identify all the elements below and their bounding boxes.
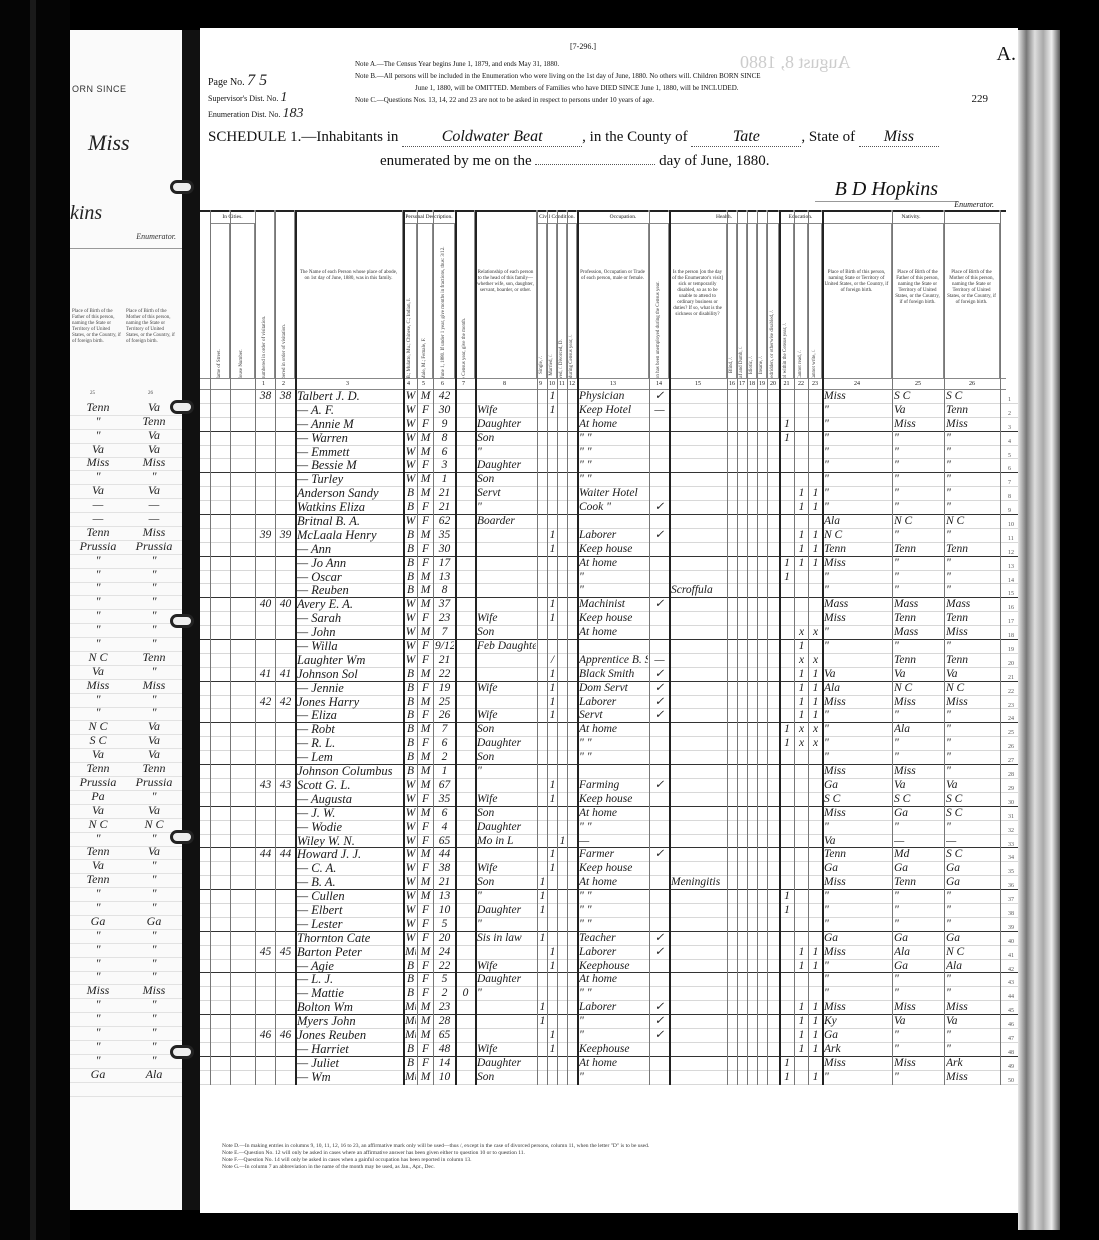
cell-write: 1	[810, 501, 821, 514]
father-birthplace: "	[70, 886, 126, 901]
cell-name: — John	[297, 626, 402, 639]
cell-birth: Va	[824, 668, 891, 681]
census-row: Britnal B. A.WF62BoarderAlaN CN C10	[200, 515, 1018, 529]
column-group-personal-description: Personal Description.	[403, 212, 455, 224]
cell-relation: Servt	[477, 487, 536, 500]
census-row: — Annie MWF9DaughterAt home1"MissMiss3	[200, 418, 1018, 432]
cell-school: 1	[781, 890, 793, 903]
cell-color: W	[405, 876, 416, 889]
cell-read: 1	[796, 709, 807, 722]
census-row: — AgieBF22Wife1Keephouse11"GaAla42	[200, 960, 1018, 974]
cell-age: 22	[435, 960, 454, 973]
column-header-12: Married during Census year, /.	[567, 210, 577, 378]
enumerator-signature: B D Hopkins	[815, 178, 958, 202]
cell-read: x	[796, 654, 807, 667]
column-header-18: Idiotic, /.	[747, 210, 757, 378]
cell-write: x	[810, 723, 821, 736]
mother-birthplace: Va	[126, 747, 182, 762]
cell-unemployed: ✓	[651, 598, 668, 611]
cell-father: Miss	[894, 765, 943, 778]
cell-birth: "	[824, 709, 891, 722]
cell-mother: Tenn	[946, 404, 999, 417]
census-row: — Jo AnnBF17At home111Miss""13	[200, 557, 1018, 571]
cell-month: 0	[457, 987, 474, 1000]
cell-occupation: At home	[579, 626, 648, 639]
cell-birth: "	[824, 432, 891, 445]
mother-birthplace: Va	[126, 428, 182, 443]
cell-age: 10	[435, 904, 454, 917]
column-number: 21	[784, 381, 790, 387]
cell-dwelling: 45	[257, 946, 274, 959]
cell-age: 13	[435, 890, 454, 903]
cell-birth: "	[824, 501, 891, 514]
census-row: 4141Johnson SolBM221Black Smith✓11VaVaVa…	[200, 668, 1018, 682]
cell-relation: "	[477, 918, 536, 931]
cell-birth: Ala	[824, 515, 891, 528]
cell-birth: "	[824, 904, 891, 917]
page-header: [7-296.] August 8, 1880 A. Page No. 7 5 …	[200, 28, 1018, 208]
cell-married: 1	[549, 598, 556, 611]
cell-father: Va	[894, 779, 943, 792]
cell-color: W	[405, 459, 416, 472]
census-row: — WmMuM10Son"11""Miss50	[200, 1071, 1018, 1085]
cell-color: W	[405, 446, 416, 459]
cell-color: Mu	[405, 1071, 416, 1084]
cell-occupation: " "	[579, 890, 648, 903]
cell-read: 1	[796, 960, 807, 973]
census-row: — MattieBF20"" """"44	[200, 987, 1018, 1001]
mother-birthplace: Prussia	[126, 539, 182, 554]
cell-relation: Son	[477, 1071, 536, 1084]
cell-name: McLaala Henry	[297, 529, 402, 542]
cell-married: 1	[549, 862, 556, 875]
father-birthplace: Prussia	[70, 775, 126, 790]
cell-father: Ga	[894, 807, 943, 820]
cell-relation: Son	[477, 723, 536, 736]
census-row: Myers JohnMuM281"✓11KyVaVa46	[200, 1015, 1018, 1029]
mother-birthplace: Tenn	[126, 761, 182, 776]
cell-sex: F	[419, 709, 432, 722]
cell-sex: M	[419, 584, 432, 597]
father-birthplace: "	[70, 594, 126, 609]
cell-read: 1	[796, 1001, 807, 1014]
column-header-16: Blind, /.	[727, 210, 737, 378]
cell-birth: Ky	[824, 1015, 891, 1028]
cell-birth: "	[824, 751, 891, 764]
cell-birth: "	[824, 446, 891, 459]
cell-birth: Tenn	[824, 543, 891, 556]
cell-married: 1	[549, 404, 556, 417]
father-birthplace: "	[70, 1053, 126, 1068]
cell-birth: N C	[824, 529, 891, 542]
cell-name: — Wodie	[297, 821, 402, 834]
cell-write: 1	[810, 487, 821, 500]
cell-occupation: " "	[579, 459, 648, 472]
cell-sex: M	[419, 487, 432, 500]
mother-birthplace: Prussia	[126, 775, 182, 790]
father-birthplace: "	[70, 580, 126, 595]
cell-name: — Warren	[297, 432, 402, 445]
father-birthplace: Tenn	[70, 761, 126, 776]
cell-birth: Mass	[824, 598, 891, 611]
census-row: — WillaWF9/12Feb Daughter1"""19	[200, 640, 1018, 654]
cell-color: W	[405, 793, 416, 806]
cell-age: 21	[435, 487, 454, 500]
cell-color: B	[405, 584, 416, 597]
cell-mother: "	[946, 432, 999, 445]
cell-color: Mu	[405, 946, 416, 959]
cell-sex: M	[419, 696, 432, 709]
cell-unemployed: ✓	[651, 946, 668, 959]
mother-birthplace: "	[126, 692, 182, 707]
note-a: Note A.—The Census Year begins June 1, 1…	[355, 58, 761, 70]
mother-birthplace: Va	[126, 719, 182, 734]
cell-father: Mass	[894, 598, 943, 611]
cell-age: 6	[435, 446, 454, 459]
census-row: Thornton CateWF20Sis in law1Teacher✓GaGa…	[200, 932, 1018, 946]
cell-sex: M	[419, 668, 432, 681]
cell-sex: M	[419, 1029, 432, 1042]
census-row: — ReubenBM8"Scroffula"""15	[200, 584, 1018, 598]
cell-unemployed: ✓	[651, 501, 668, 514]
cell-relation: "	[477, 765, 536, 778]
cell-occupation: Teacher	[579, 932, 648, 945]
cell-occupation: " "	[579, 821, 648, 834]
census-row: — OscarBM13"1"""14	[200, 571, 1018, 585]
cell-read: 1	[796, 487, 807, 500]
cell-mother: "	[946, 557, 999, 570]
cell-school: 1	[781, 432, 793, 445]
mother-birthplace: —	[126, 511, 182, 526]
cell-single: 1	[539, 876, 546, 889]
cell-mother: "	[946, 723, 999, 736]
father-birthplace: "	[70, 997, 126, 1012]
cell-occupation: At home	[579, 418, 648, 431]
cell-color: B	[405, 987, 416, 1000]
column-number: 10	[549, 381, 555, 387]
cell-birth: Ark	[824, 1043, 891, 1056]
cell-dwelling: 46	[257, 1029, 274, 1042]
cell-relation: Wife	[477, 960, 536, 973]
cell-age: 30	[435, 543, 454, 556]
census-row: — B. A.WM21Son1At homeMeningitisMissTenn…	[200, 876, 1018, 890]
cell-age: 26	[435, 709, 454, 722]
mother-birthplace: "	[126, 872, 182, 887]
cell-mother: Ark	[946, 1057, 999, 1070]
cell-mother: "	[946, 473, 999, 486]
cell-occupation: At home	[579, 807, 648, 820]
cell-birth: "	[824, 404, 891, 417]
father-birthplace: "	[70, 969, 126, 984]
note-b-cont: June 1, 1880, will be OMITTED. Members o…	[355, 82, 761, 94]
column-header-7: If born within the Census year, give the…	[455, 210, 475, 378]
cell-write: x	[810, 737, 821, 750]
cell-color: W	[405, 515, 416, 528]
book-spine	[0, 0, 70, 1240]
cell-sex: M	[419, 946, 432, 959]
left-header-26: Place of Birth of the Mother of this per…	[126, 309, 178, 345]
cell-age: 1	[435, 473, 454, 486]
column-number: 5	[422, 381, 425, 387]
cell-relation: Wife	[477, 1043, 536, 1056]
mother-birthplace: Va	[126, 844, 182, 859]
left-page-row: GaAla	[70, 1069, 182, 1083]
cell-birth: "	[824, 960, 891, 973]
census-row: — CullenWM13"1" "1"""37	[200, 890, 1018, 904]
cell-age: 2	[435, 751, 454, 764]
mother-birthplace: "	[126, 886, 182, 901]
cell-read: 1	[796, 1029, 807, 1042]
cell-birth: "	[824, 571, 891, 584]
cell-mother: Miss	[946, 696, 999, 709]
cell-father: "	[894, 737, 943, 750]
cell-relation: "	[477, 890, 536, 903]
cell-age: 8	[435, 584, 454, 597]
cell-sex: F	[419, 654, 432, 667]
cell-age: 30	[435, 404, 454, 417]
mother-birthplace: Tenn	[126, 650, 182, 665]
cell-age: 23	[435, 1001, 454, 1014]
mother-birthplace: "	[126, 469, 182, 484]
cell-married: 1	[549, 848, 556, 861]
column-header-15: Is the person [on the day of the Enumera…	[669, 210, 727, 378]
cell-name: — Cullen	[297, 890, 402, 903]
cell-occupation: Laborer	[579, 529, 648, 542]
cell-sex: M	[419, 1015, 432, 1028]
father-birthplace: "	[70, 414, 126, 429]
cell-father: S C	[894, 793, 943, 806]
cell-color: B	[405, 737, 416, 750]
cell-father: "	[894, 571, 943, 584]
cell-color: W	[405, 779, 416, 792]
father-birthplace: Va	[70, 858, 126, 873]
cell-single: 1	[539, 890, 546, 903]
cell-name: — Harriet	[297, 1043, 402, 1056]
father-birthplace: Miss	[70, 455, 126, 470]
schedule-line: SCHEDULE 1.—Inhabitants in Coldwater Bea…	[208, 128, 939, 147]
cell-name: Britnal B. A.	[297, 515, 402, 528]
census-row: Laughter WmWF21/Apprentice B. S.—xxTennT…	[200, 654, 1018, 668]
cell-school: 1	[781, 737, 793, 750]
cell-mother: Miss	[946, 626, 999, 639]
mother-birthplace: Miss	[126, 525, 182, 540]
cell-mother: Miss	[946, 1071, 999, 1084]
cell-father: "	[894, 432, 943, 445]
cell-write: 1	[810, 1001, 821, 1014]
note-d: Note D.—In making entries in columns 9, …	[222, 1143, 649, 1150]
cell-married: 1	[549, 612, 556, 625]
father-birthplace: "	[70, 469, 126, 484]
cell-name: — Jo Ann	[297, 557, 402, 570]
father-birthplace: "	[70, 428, 126, 443]
cell-father: Va	[894, 404, 943, 417]
cell-father: Ga	[894, 960, 943, 973]
cell-unemployed: —	[651, 654, 668, 667]
mother-birthplace: "	[126, 997, 182, 1012]
cell-sex: F	[419, 682, 432, 695]
column-number: 12	[569, 381, 575, 387]
census-row: Johnson ColumbusBM1"MissMiss"28	[200, 765, 1018, 779]
cell-name: Anderson Sandy	[297, 487, 402, 500]
cell-school: 1	[781, 571, 793, 584]
cell-sex: M	[419, 751, 432, 764]
cell-father: Tenn	[894, 654, 943, 667]
cell-color: B	[405, 765, 416, 778]
cell-write: 1	[810, 1015, 821, 1028]
cell-color: B	[405, 543, 416, 556]
cell-father: S C	[894, 390, 943, 403]
cell-sex: F	[419, 1043, 432, 1056]
cell-occupation: "	[579, 584, 648, 597]
column-number: 19	[759, 381, 765, 387]
cell-unemployed: ✓	[651, 1015, 668, 1028]
census-row: — LesterWF5"" """"39	[200, 918, 1018, 932]
father-birthplace: N C	[70, 719, 126, 734]
cell-mother: Ga	[946, 932, 999, 945]
cell-sex: F	[419, 793, 432, 806]
binder-ring-icon	[170, 830, 194, 844]
cell-mother: "	[946, 501, 999, 514]
cell-sex: F	[419, 918, 432, 931]
cell-sex: F	[419, 862, 432, 875]
cell-mother: Va	[946, 668, 999, 681]
cell-birth: "	[824, 626, 891, 639]
cell-occupation: At home	[579, 973, 648, 986]
cell-birth: "	[824, 918, 891, 931]
column-number: 20	[770, 381, 776, 387]
cell-father: "	[894, 1029, 943, 1042]
cell-sex: M	[419, 723, 432, 736]
cell-name: — C. A.	[297, 862, 402, 875]
cell-color: W	[405, 598, 416, 611]
cell-occupation: Laborer	[579, 946, 648, 959]
cell-father: "	[894, 751, 943, 764]
cell-mother: Ga	[946, 876, 999, 889]
cell-mother: "	[946, 1029, 999, 1042]
cell-birth: "	[824, 973, 891, 986]
cell-father: "	[894, 1043, 943, 1056]
cell-color: B	[405, 487, 416, 500]
cell-name: — Emmett	[297, 446, 402, 459]
cell-name: — Agie	[297, 960, 402, 973]
cell-age: 10	[435, 1071, 454, 1084]
cell-birth: "	[824, 418, 891, 431]
left-header-25: Place of Birth of the Father of this per…	[72, 309, 122, 345]
cell-name: — Jennie	[297, 682, 402, 695]
cell-color: B	[405, 973, 416, 986]
census-row: Anderson SandyBM21ServtWaiter Hotel11"""…	[200, 487, 1018, 501]
column-header-22: Cannot read, /.	[794, 210, 808, 378]
cell-school: 1	[781, 904, 793, 917]
cell-relation: "	[477, 501, 536, 514]
cell-sex: M	[419, 529, 432, 542]
cell-color: W	[405, 821, 416, 834]
census-row: — Bessie MWF3Daughter" """"6	[200, 459, 1018, 473]
cell-name: Talbert J. D.	[297, 390, 402, 403]
cell-sex: M	[419, 765, 432, 778]
cell-color: W	[405, 890, 416, 903]
cell-married: 1	[549, 779, 556, 792]
cell-occupation: Dom Servt	[579, 682, 648, 695]
cell-relation: Daughter	[477, 904, 536, 917]
left-colnum-26: 26	[148, 391, 153, 397]
cell-birth: Ga	[824, 862, 891, 875]
cell-color: Mu	[405, 1015, 416, 1028]
cell-mother: "	[946, 640, 999, 653]
cell-name: — Mattie	[297, 987, 402, 1000]
mother-birthplace: "	[126, 956, 182, 971]
cell-name: Myers John	[297, 1015, 402, 1028]
cell-mother: "	[946, 737, 999, 750]
cell-married: /	[549, 654, 556, 667]
cell-father: "	[894, 529, 943, 542]
cell-age: 44	[435, 848, 454, 861]
cell-age: 19	[435, 682, 454, 695]
cell-occupation: " "	[579, 918, 648, 931]
cell-father: "	[894, 557, 943, 570]
cell-dwelling: 41	[257, 668, 274, 681]
cell-name: — Elbert	[297, 904, 402, 917]
enumerated-line: enumerated by me on the day of June, 188…	[380, 153, 770, 170]
note-e: Note E.—Question No. 12 will only be ask…	[222, 1150, 649, 1157]
column-header-19: Insane, /.	[757, 210, 767, 378]
left-page-header: Place of Birth of the Father of this per…	[70, 248, 182, 398]
cell-father: "	[894, 987, 943, 1000]
census-row: — RobtBM7SonAt home1xx"Ala"25	[200, 723, 1018, 737]
column-header-20: Maimed, Crippled, Bedridden, or otherwis…	[767, 210, 779, 378]
mother-birthplace: "	[126, 900, 182, 915]
cell-father: N C	[894, 515, 943, 528]
mother-birthplace: —	[126, 497, 182, 512]
cell-relation: Wife	[477, 682, 536, 695]
cell-birth: Miss	[824, 696, 891, 709]
cell-father: Miss	[894, 696, 943, 709]
cell-name: — Reuben	[297, 584, 402, 597]
cell-occupation: Apprentice B. S.	[579, 654, 648, 667]
column-number: 22	[798, 381, 804, 387]
cell-occupation: Keep house	[579, 862, 648, 875]
binder-ring-icon	[170, 1045, 194, 1059]
cell-read: 1	[796, 501, 807, 514]
cell-father: Md	[894, 848, 943, 861]
father-birthplace: "	[70, 705, 126, 720]
cell-age: 14	[435, 1057, 454, 1070]
cell-birth: "	[824, 584, 891, 597]
cell-write: 1	[810, 543, 821, 556]
cell-read: 1	[796, 682, 807, 695]
cell-color: W	[405, 904, 416, 917]
census-row: — AugustaWF35Wife1Keep houseS CS CS C30	[200, 793, 1018, 807]
census-row: — JohnWM7SonAt homexx"MassMiss18	[200, 626, 1018, 640]
cell-write: x	[810, 654, 821, 667]
cell-relation: Wife	[477, 709, 536, 722]
county-value: Tate	[691, 128, 801, 147]
cell-mother: "	[946, 584, 999, 597]
cell-mother: S C	[946, 793, 999, 806]
cell-age: 22	[435, 668, 454, 681]
column-header-9: Single, /.	[537, 210, 547, 378]
mother-birthplace: "	[126, 553, 182, 568]
cell-dwelling: 40	[257, 598, 274, 611]
cell-occupation: Servt	[579, 709, 648, 722]
cell-unemployed: ✓	[651, 1001, 668, 1014]
cell-name: — R. L.	[297, 737, 402, 750]
cell-mother: Tenn	[946, 543, 999, 556]
cell-occupation: Black Smith	[579, 668, 648, 681]
cell-birth: Miss	[824, 390, 891, 403]
cell-color: W	[405, 404, 416, 417]
cell-mother: N C	[946, 515, 999, 528]
